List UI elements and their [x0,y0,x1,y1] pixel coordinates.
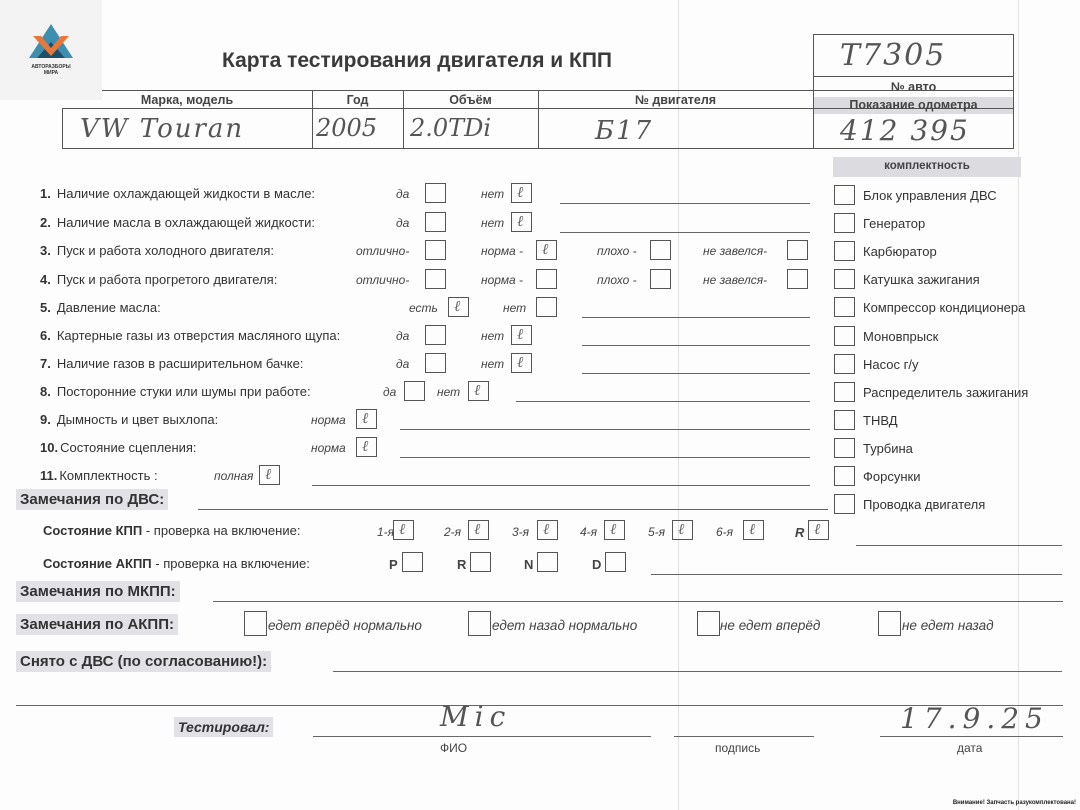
check-mark-icon: ℓ [542,242,548,257]
check-label: 8.Посторонние стуки или шумы при работе: [40,384,311,399]
check-mark-icon: ℓ [517,355,523,370]
year-value[interactable]: 2005 [316,114,377,142]
tester-name-input[interactable] [313,736,651,737]
date-value[interactable]: 17.9.25 [900,702,1049,735]
auto-remark-checkbox[interactable] [244,611,267,636]
signature-caption: подпись [715,741,760,755]
check-label: 6.Картерные газы из отверстия масляного … [40,328,340,343]
gear-label: 2-я [444,525,461,539]
check-mark-icon: ℓ [474,522,480,537]
check-note-input[interactable] [312,485,810,486]
auto-position-checkbox[interactable] [402,552,423,572]
auto-position-label: P [389,557,398,572]
gear-label: 3-я [512,525,529,539]
check-mark-icon: ℓ [814,522,820,537]
check-note-input[interactable] [560,232,810,233]
tester-name-value[interactable]: Mic [440,700,511,733]
date-caption: дата [957,741,982,755]
check-text: Пуск и работа прогретого двигателя: [57,272,277,287]
option-label: нет [481,329,504,343]
option-label: отлично- [356,244,409,258]
check-number: 6. [40,328,51,343]
paper-fold-line [678,0,679,810]
completeness-checkbox[interactable] [834,213,855,233]
completeness-checkbox[interactable] [834,494,855,514]
check-number: 5. [40,300,51,315]
check-text: Наличие охлаждающей жидкости в масле: [57,186,315,201]
check-note-input[interactable] [582,317,810,318]
option-checkbox[interactable] [650,269,671,289]
check-label: 1.Наличие охлаждающей жидкости в масле: [40,186,315,201]
auto-position-label: N [524,557,533,572]
gear-label: 4-я [580,525,597,539]
header-engine-number-label: № двигателя [538,93,813,107]
completeness-item-label: Карбюратор [863,244,937,259]
option-label: да [396,357,409,371]
removed-label: Снято с ДВС (по согласованию!): [16,651,271,672]
completeness-checkbox[interactable] [834,269,855,289]
option-checkbox[interactable] [425,353,446,373]
check-text: Комплектность : [59,468,157,483]
check-text: Наличие масла в охлаждающей жидкости: [57,215,315,230]
gear-label: R [795,525,804,540]
completeness-checkbox[interactable] [834,382,855,402]
check-mark-icon: ℓ [749,522,755,537]
header-year-label: Год [312,93,403,107]
option-checkbox[interactable] [650,240,671,260]
option-checkbox[interactable] [787,269,808,289]
completeness-checkbox[interactable] [834,410,855,430]
check-mark-icon: ℓ [517,214,523,229]
auto-position-label: D [592,557,601,572]
paper-fold-line [1018,0,1019,810]
completeness-item-label: Форсунки [863,469,920,484]
check-label: 2.Наличие масла в охлаждающей жидкости: [40,215,315,230]
remarks-manual-input[interactable] [213,601,1063,602]
remarks-engine-input[interactable] [198,509,828,510]
check-mark-icon: ℓ [362,439,368,454]
completeness-item-label: Распределитель зажигания [863,385,1028,400]
check-text: Посторонние стуки или шумы при работе: [57,384,311,399]
completeness-checkbox[interactable] [834,185,855,205]
name-caption: ФИО [440,741,467,755]
check-note-input[interactable] [582,345,810,346]
option-label: есть [409,301,438,315]
remarks-engine-label: Замечания по ДВС: [16,489,168,510]
option-label: не завелся- [703,244,767,258]
check-note-input[interactable] [560,203,810,204]
check-text: Картерные газы из отверстия масляного щу… [57,328,340,343]
option-checkbox[interactable] [536,297,557,317]
option-checkbox[interactable] [536,269,557,289]
completeness-checkbox[interactable] [834,354,855,374]
auto-position-label: R [457,557,466,572]
completeness-title: комплектность [833,160,1021,172]
check-mark-icon: ℓ [399,522,405,537]
check-mark-icon: ℓ [543,522,549,537]
completeness-checkbox[interactable] [834,466,855,486]
option-label: да [383,385,396,399]
option-label: отлично- [356,273,409,287]
check-text: Давление масла: [57,300,161,315]
check-note-input[interactable] [400,429,810,430]
option-label: полная [214,469,253,483]
auto-remark-label: не едет вперёд [720,618,820,633]
option-label: плохо - [597,244,637,258]
check-number: 10. [40,440,58,455]
gear-label: 6-я [716,525,733,539]
completeness-item-label: Турбина [863,441,913,456]
completeness-item-label: ТНВД [863,413,898,428]
auto-position-checkbox[interactable] [605,552,626,572]
completeness-item-label: Компрессор кондиционера [863,300,1025,315]
auto-remark-checkbox[interactable] [878,611,901,636]
page-title: Карта тестирования двигателя и КПП [222,49,612,73]
check-label: 7.Наличие газов в расширительном бачке: [40,356,303,371]
option-checkbox[interactable] [425,212,446,232]
volume-value[interactable]: 2.0TDi [410,114,491,142]
option-label: норма - [481,244,523,258]
logo-text-line2: МИРА [15,70,87,76]
auto-remark-label: едет вперёд нормально [268,618,422,633]
option-label: нет [437,385,460,399]
date-input[interactable] [880,736,1063,737]
manual-gearbox-note-input[interactable] [856,545,1062,546]
check-number: 1. [40,186,51,201]
auto-remark-checkbox[interactable] [468,611,491,636]
check-number: 11. [40,468,57,483]
option-checkbox[interactable] [404,381,425,401]
completeness-item-label: Проводка двигателя [863,497,985,512]
option-label: нет [481,216,504,230]
gear-label: 5-я [648,525,665,539]
check-label: 11.Комплектность : [40,468,158,483]
remarks-auto-label: Замечания по АКПП: [16,614,178,635]
option-label: норма [311,441,346,455]
completeness-item-label: Блок управления ДВС [863,188,997,203]
tested-label: Тестировал: [174,717,273,737]
completeness-checkbox[interactable] [834,438,855,458]
check-note-input[interactable] [400,457,810,458]
check-label: 3.Пуск и работа холодного двигателя: [40,243,274,258]
check-label: 10.Состояние сцепления: [40,440,197,455]
check-number: 7. [40,356,51,371]
check-number: 9. [40,412,51,427]
check-label: 4.Пуск и работа прогретого двигателя: [40,272,277,287]
auto-gearbox-note-input[interactable] [651,574,1062,575]
border [813,76,1014,77]
check-mark-icon: ℓ [362,411,368,426]
check-number: 3. [40,243,51,258]
auto-gearbox-label: Состояние АКПП - проверка на включение: [43,556,310,571]
check-mark-icon: ℓ [678,522,684,537]
check-mark-icon: ℓ [474,383,480,398]
header-model-label: Марка, модель [62,93,312,107]
check-note-input[interactable] [582,373,810,374]
check-text: Наличие газов в расширительном бачке: [57,356,304,371]
logo-icon [27,22,75,62]
check-number: 8. [40,384,51,399]
car-number-value: T7305 [840,38,946,73]
completeness-checkbox[interactable] [834,326,855,346]
engine-number-value[interactable]: Б17 [595,116,653,146]
option-label: да [396,329,409,343]
auto-position-checkbox[interactable] [470,552,491,572]
completeness-item-label: Катушка зажигания [863,272,980,287]
auto-remark-checkbox[interactable] [697,611,720,636]
completeness-checkbox[interactable] [834,297,855,317]
option-checkbox[interactable] [425,269,446,289]
option-checkbox[interactable] [787,240,808,260]
check-text: Дымность и цвет выхлопа: [57,412,218,427]
check-text: Состояние сцепления: [60,440,196,455]
warning-text: Внимание! Запчасть разукомплектована! [953,800,1076,806]
option-label: нет [481,357,504,371]
header-odometer-label: Показание одометра [813,98,1014,112]
header-volume-label: Объём [403,93,538,107]
check-mark-icon: ℓ [517,185,523,200]
option-label: да [396,187,409,201]
completeness-checkbox[interactable] [834,241,855,261]
model-value[interactable]: VW Touran [80,114,244,144]
signature-input[interactable] [674,736,814,737]
completeness-item-label: Моновпрыск [863,329,938,344]
removed-input[interactable] [333,671,1062,672]
option-checkbox[interactable] [425,240,446,260]
manual-gearbox-label: Состояние КПП - проверка на включение: [43,523,300,538]
gear-label: 1-я [377,525,394,539]
check-label: 5.Давление масла: [40,300,161,315]
check-number: 4. [40,272,51,287]
check-text: Пуск и работа холодного двигателя: [57,243,274,258]
logo: АВТОРАЗБОРЫ МИРА [0,0,102,100]
border [102,90,1014,91]
check-mark-icon: ℓ [454,299,460,314]
remarks-manual-label: Замечания по МКПП: [16,581,180,602]
car-number-label: № авто [813,80,1014,94]
check-mark-icon: ℓ [517,327,523,342]
auto-position-checkbox[interactable] [537,552,558,572]
check-mark-icon: ℓ [610,522,616,537]
option-label: норма [311,413,346,427]
completeness-item-label: Генератор [863,216,925,231]
option-label: нет [503,301,526,315]
completeness-item-label: Насос г/у [863,357,918,372]
option-label: да [396,216,409,230]
auto-remark-label: не едет назад [902,618,994,633]
check-mark-icon: ℓ [265,467,271,482]
option-label: нет [481,187,504,201]
option-checkbox[interactable] [425,325,446,345]
option-label: плохо - [597,273,637,287]
auto-remark-label: едет назад нормально [492,618,637,633]
option-label: норма - [481,273,523,287]
option-checkbox[interactable] [425,183,446,203]
check-label: 9.Дымность и цвет выхлопа: [40,412,218,427]
option-label: не завелся- [703,273,767,287]
check-number: 2. [40,215,51,230]
border [62,108,63,149]
odometer-value[interactable]: 412 395 [840,114,970,147]
check-note-input[interactable] [516,401,810,402]
border [813,34,1014,35]
